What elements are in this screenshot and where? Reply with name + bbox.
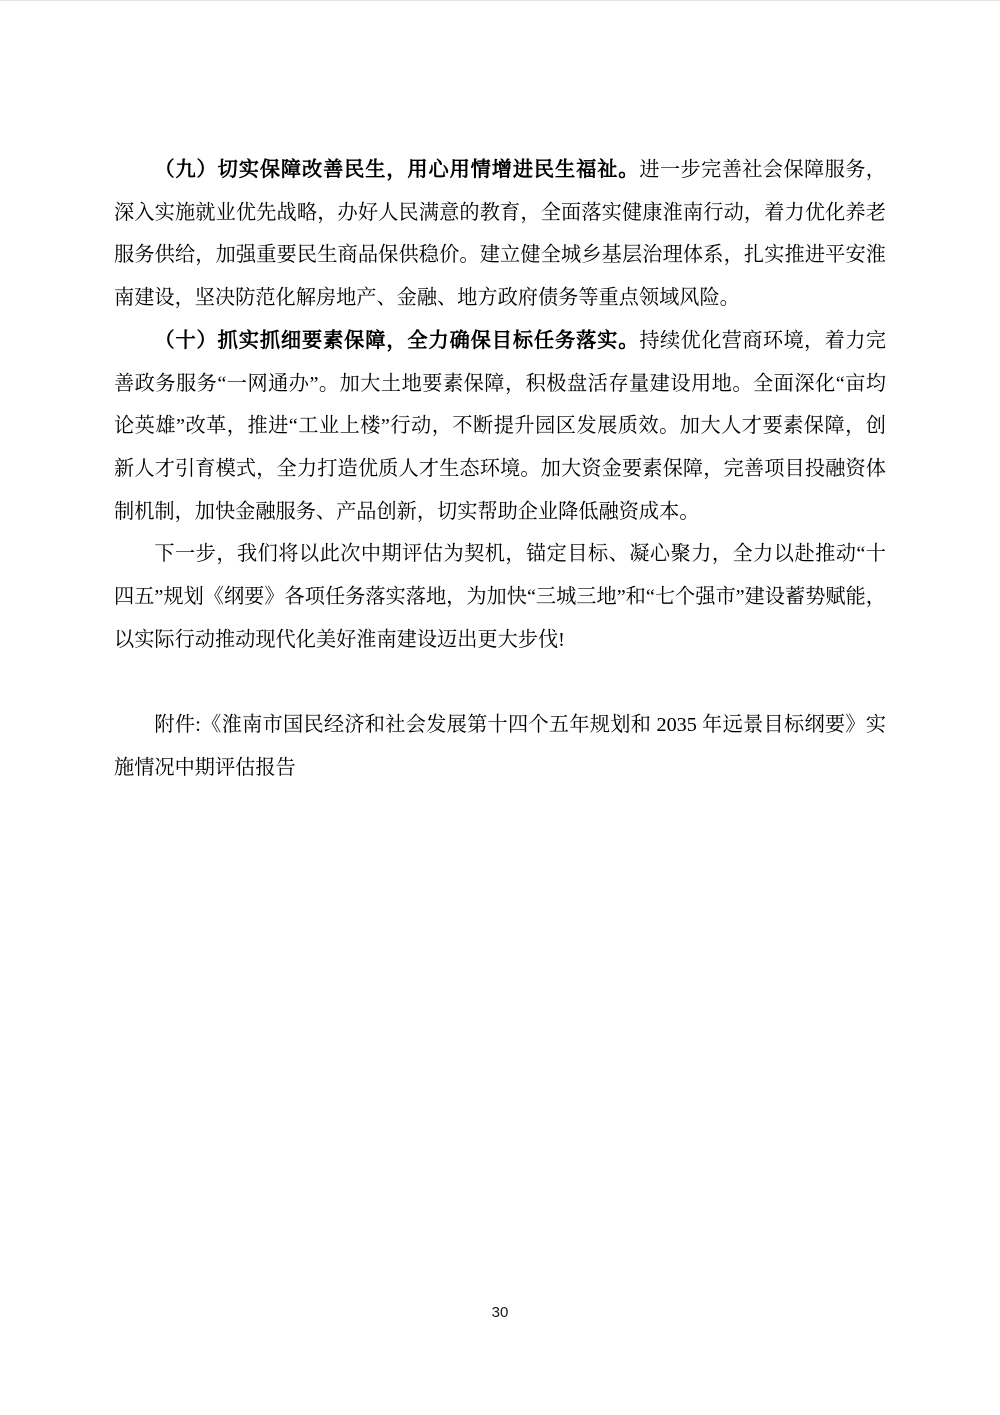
paragraph-closing: 下一步，我们将以此次中期评估为契机，锚定目标、凝心聚力，全力以赴推动“十四五”规… (114, 533, 886, 661)
paragraph-item-9-text: 进一步完善社会保障服务，深入实施就业优先战略，办好人民满意的教育，全面落实健康淮… (114, 159, 886, 309)
paragraph-item-10-text: 持续优化营商环境，着力完善政务服务“一网通办”。加大土地要素保障，积极盘活存量建… (114, 330, 886, 523)
document-page: （九）切实保障改善民生，用心用情增进民生福祉。进一步完善社会保障服务，深入实施就… (0, 0, 1000, 1415)
paragraph-closing-text: 下一步，我们将以此次中期评估为契机，锚定目标、凝心聚力，全力以赴推动“十四五”规… (114, 543, 886, 650)
paragraph-item-9-heading: （九）切实保障改善民生，用心用情增进民生福祉。 (154, 159, 639, 181)
page-number: 30 (492, 1304, 509, 1321)
paragraph-attachment: 附件:《淮南市国民经济和社会发展第十四个五年规划和 2035 年远景目标纲要》实… (114, 704, 886, 789)
paragraph-attachment-text: 附件:《淮南市国民经济和社会发展第十四个五年规划和 2035 年远景目标纲要》实… (114, 714, 886, 779)
paragraph-item-9: （九）切实保障改善民生，用心用情增进民生福祉。进一步完善社会保障服务，深入实施就… (114, 149, 886, 320)
page-footer: 30 (0, 1303, 1000, 1323)
paragraph-item-10: （十）抓实抓细要素保障，全力确保目标任务落实。持续优化营商环境，着力完善政务服务… (114, 320, 886, 534)
paragraph-item-10-heading: （十）抓实抓细要素保障，全力确保目标任务落实。 (154, 330, 639, 352)
document-body: （九）切实保障改善民生，用心用情增进民生福祉。进一步完善社会保障服务，深入实施就… (114, 149, 886, 790)
